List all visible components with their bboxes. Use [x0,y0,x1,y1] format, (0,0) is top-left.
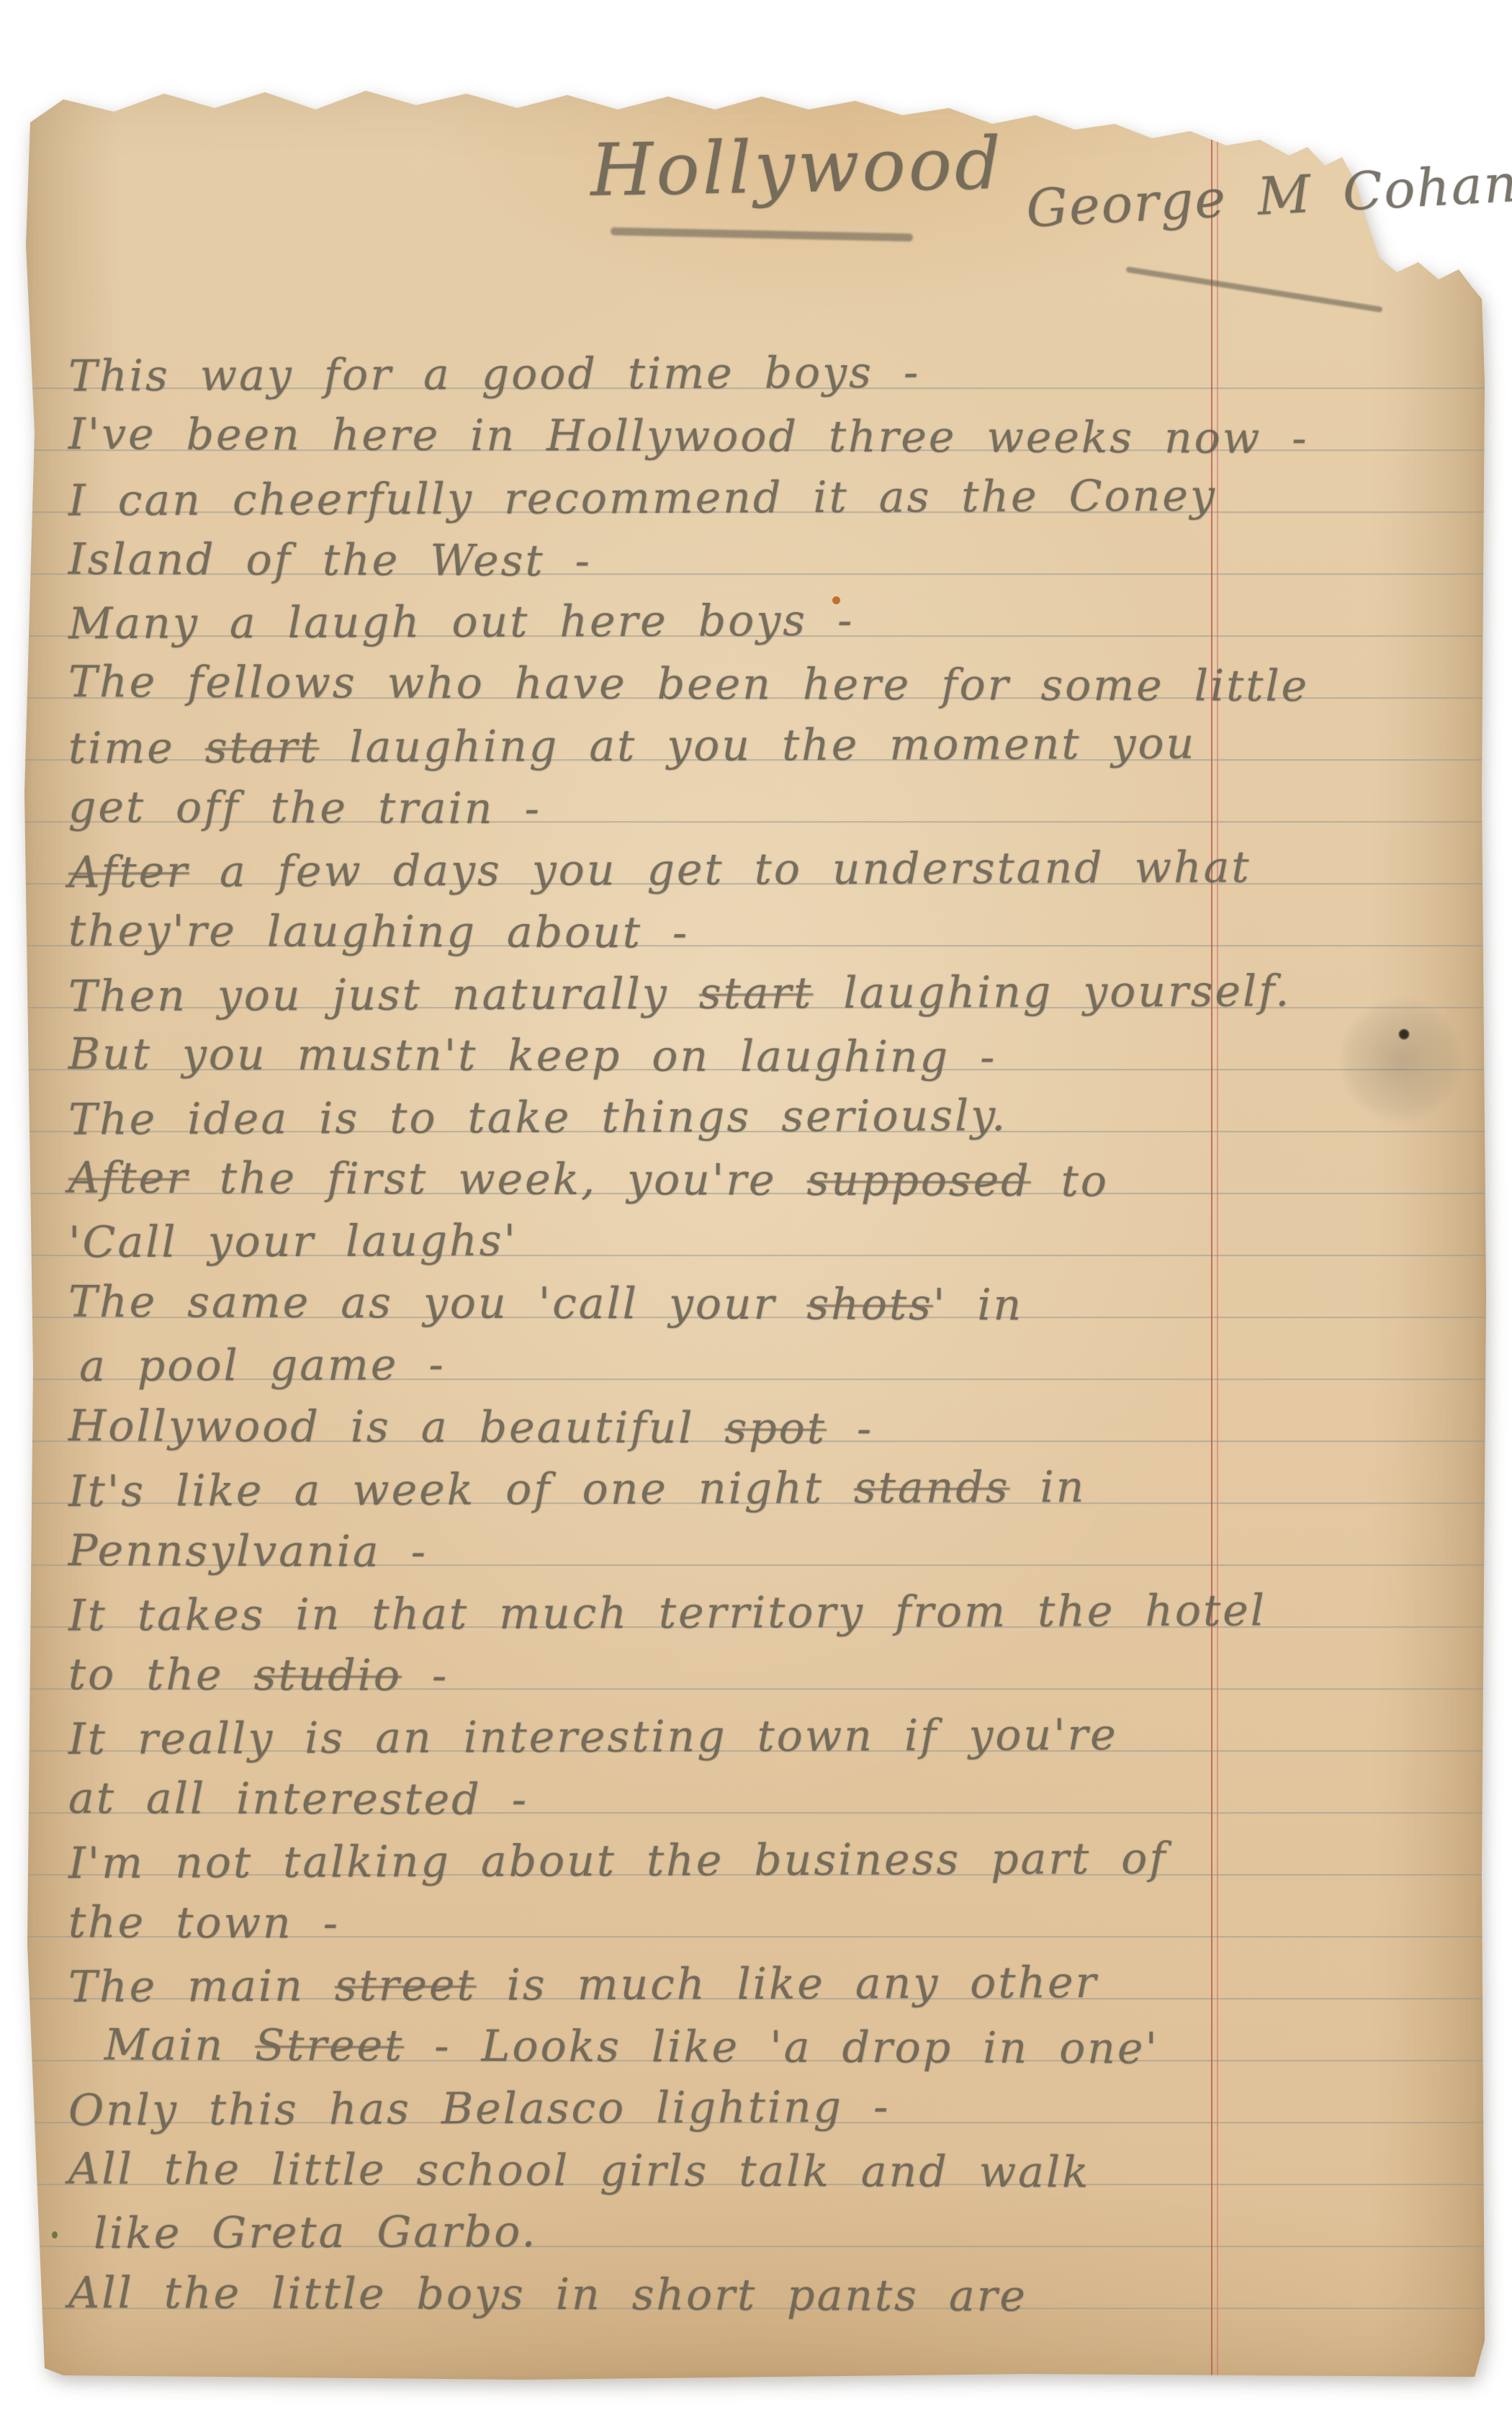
ink-speck [52,2231,58,2238]
photo-background: Hollywood George M Cohan This way for a … [0,0,1512,2420]
paper-sheet [20,72,1488,2385]
rust-speck [832,596,840,604]
margin-line-inner [1217,72,1218,2385]
paper-hole [1398,1028,1410,1040]
paper-shadow [0,0,1512,2420]
margin-line [1211,72,1212,2385]
ruled-lines [20,387,1488,2312]
fingerprint-smudge [1339,995,1462,1125]
